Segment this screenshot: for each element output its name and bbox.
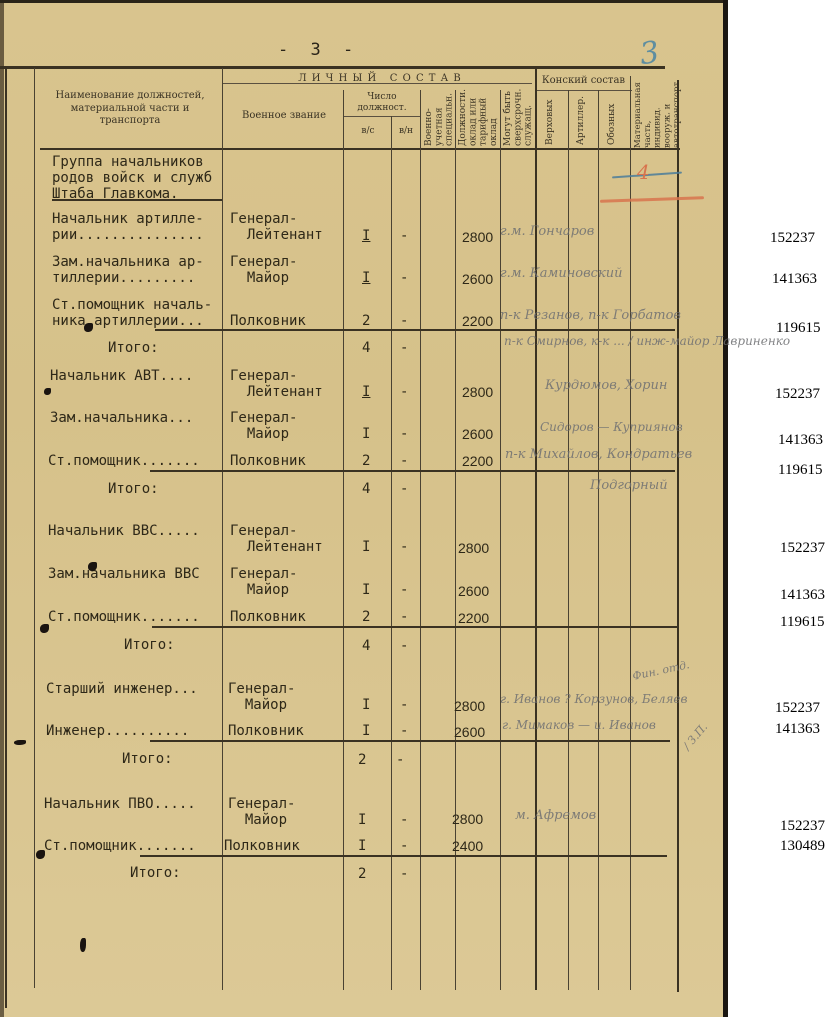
row-rank: Генерал- Майор <box>228 681 295 713</box>
col-line-0 <box>34 68 35 988</box>
row-vs: 2 <box>362 313 370 329</box>
header-riding: Верховых <box>545 95 565 145</box>
section-separator <box>150 470 675 472</box>
row-vs: 2 <box>362 453 370 469</box>
col-line-11 <box>677 80 679 992</box>
row-ref-number: 141363 <box>775 721 820 738</box>
header-extended: Могут быть сверхсрочн. служащ. <box>503 88 533 146</box>
ink-blot <box>84 323 93 332</box>
ink-blot <box>88 562 97 571</box>
row-handwritten-note: м. Афремов <box>515 808 596 823</box>
group-title-underline <box>52 199 222 201</box>
section-separator <box>152 626 677 628</box>
row-total-label: Итого: <box>122 751 173 767</box>
row-vn: - <box>400 812 408 828</box>
row-rank: Полковник <box>230 453 306 469</box>
header-vs: в/с <box>345 126 391 137</box>
row-rank: Генерал- Лейтенант <box>230 523 323 555</box>
row-rank: Полковник <box>224 838 300 854</box>
group-title: Группа начальников родов войск и служб Ш… <box>52 154 237 202</box>
row-rank: Генерал- Лейтенант <box>230 368 323 400</box>
row-salary: 2600 <box>458 583 489 599</box>
row-vs: I <box>358 838 366 854</box>
row-salary: 2800 <box>462 229 493 245</box>
row-vs: I <box>358 812 366 828</box>
col-line-7 <box>535 68 537 990</box>
row-ref-number: 119615 <box>778 462 822 479</box>
header-vus: Военно-учетная специальн. <box>424 90 454 146</box>
row-vn: - <box>400 453 408 469</box>
row-name: Ст.помощник....... <box>48 609 200 625</box>
row-total-label: Итого: <box>124 637 175 653</box>
row-rank: Генерал- Майор <box>230 254 297 286</box>
row-handwritten-note: п-к Смирнов, к-к ... / инж-майор Лаврине… <box>504 334 790 348</box>
row-vs: I <box>362 582 370 598</box>
row-vn: - <box>396 752 404 768</box>
row-vs: I <box>362 723 370 739</box>
ink-blot <box>40 624 49 633</box>
row-vn: - <box>400 866 408 882</box>
row-total-label: Итого: <box>108 481 159 497</box>
row-name: Ст.помощник....... <box>48 453 200 469</box>
row-salary: 2800 <box>462 384 493 400</box>
row-rank: Полковник <box>230 609 306 625</box>
row-vs: 4 <box>362 481 370 497</box>
row-vs: I <box>362 426 370 442</box>
header-horses-divider <box>535 90 632 91</box>
row-vn: - <box>400 609 408 625</box>
row-ref-number: 141363 <box>780 587 825 604</box>
header-materiel: Материальная часть, индивид. вооруж. и а… <box>634 80 676 148</box>
red-pencil-mark-4: 4 <box>637 160 650 184</box>
row-ref-number: 119615 <box>780 614 824 631</box>
row-vs: I <box>362 270 370 286</box>
header-rank: Военное звание <box>225 110 343 123</box>
header-bottom-border <box>40 148 680 150</box>
row-vn: - <box>400 723 408 739</box>
col-line-3 <box>391 116 392 990</box>
row-name: Начальник ВВС..... <box>48 523 200 539</box>
row-handwritten-note: г.м. Гончаров <box>500 224 594 239</box>
header-vn: в/н <box>392 126 420 137</box>
row-salary: 2800 <box>454 698 485 714</box>
ink-blot <box>44 388 51 395</box>
row-vn: - <box>400 838 408 854</box>
row-salary: 2600 <box>454 724 485 740</box>
row-vn: - <box>400 697 408 713</box>
row-rank: Генерал- Майор <box>228 796 295 828</box>
row-salary: 2800 <box>458 540 489 556</box>
row-name: Зам.начальника ВВС <box>48 566 200 582</box>
row-ref-number: 152237 <box>770 230 815 247</box>
row-vn: - <box>400 539 408 555</box>
row-rank: Генерал- Майор <box>230 410 297 442</box>
row-rank: Генерал- Майор <box>230 566 297 598</box>
section-separator <box>155 329 675 331</box>
section-separator <box>140 855 667 857</box>
row-rank: Генерал- Лейтенант <box>230 211 323 243</box>
header-horses-group: Конский состав <box>537 75 630 88</box>
row-vs: 2 <box>362 609 370 625</box>
margin-note-zp: / З.П. <box>680 721 710 753</box>
row-handwritten-note: г. Иванов ? Корзунов, Беляев <box>500 692 688 706</box>
header-count: Число должност. <box>345 92 419 115</box>
row-vs: 2 <box>358 866 366 882</box>
row-vn: - <box>400 638 408 654</box>
row-rank: Полковник <box>230 313 306 329</box>
header-salary: Должности. оклад или тарифный оклад <box>458 88 498 146</box>
ink-blot <box>36 850 45 859</box>
row-ref-number: 152237 <box>775 700 820 717</box>
row-vn: - <box>400 313 408 329</box>
row-handwritten-note: г. Мимаков — и. Иванов <box>502 718 656 732</box>
header-transport-horses: Обозных <box>607 95 627 145</box>
row-name: Начальник АВТ.... <box>50 368 193 384</box>
section-separator <box>150 740 670 742</box>
row-vs: I <box>362 697 370 713</box>
header-artillery: Артиллер. <box>576 95 596 145</box>
document-page: - 3 - 3 Наименование должностей, материа… <box>0 0 728 1017</box>
row-name: Старший инженер... <box>46 681 198 697</box>
row-vs: I <box>362 539 370 555</box>
row-ref-number: 152237 <box>780 540 825 557</box>
row-ref-number: 152237 <box>775 386 820 403</box>
table-top-border <box>0 66 665 69</box>
row-ref-number: 141363 <box>772 271 817 288</box>
header-count-divider <box>343 116 420 117</box>
row-name: Ст.помощник....... <box>44 838 196 854</box>
row-salary: 2600 <box>462 271 493 287</box>
row-handwritten-note: г.м. Каминовский <box>500 266 622 281</box>
page-number: - 3 - <box>278 40 359 60</box>
row-name: Зам.начальника ар- тиллерии......... <box>52 254 204 286</box>
row-salary: 2200 <box>462 453 493 469</box>
row-salary: 2200 <box>462 313 493 329</box>
red-pencil-line <box>600 196 704 203</box>
header-name: Наименование должностей, материальной ча… <box>40 90 220 128</box>
row-vs: 4 <box>362 340 370 356</box>
row-name: Инженер.......... <box>46 723 189 739</box>
row-handwritten-note: Сидоров — Куприянов <box>540 420 683 434</box>
ink-blot <box>14 740 26 745</box>
margin-note-finance: Фин. отд. <box>631 658 690 683</box>
row-name: Начальник ПВО..... <box>44 796 196 812</box>
col-line-10 <box>630 76 631 990</box>
row-salary: 2400 <box>452 838 483 854</box>
row-name: Ст.помощник началь- ника артиллерии... <box>52 297 212 329</box>
row-ref-number: 152237 <box>780 818 825 835</box>
row-salary: 2800 <box>452 811 483 827</box>
row-vn: - <box>400 481 408 497</box>
row-ref-number: 130489 <box>780 838 825 855</box>
row-handwritten-note: Курдюмов, Хорин <box>545 378 667 393</box>
row-vn: - <box>400 340 408 356</box>
row-vs: 4 <box>362 638 370 654</box>
row-vs: I <box>362 228 370 244</box>
left-margin-line <box>5 68 7 1008</box>
row-name: Зам.начальника... <box>50 410 193 426</box>
row-handwritten-note: п-к Резанов, п-к Горбатов <box>500 308 681 323</box>
row-salary: 2600 <box>462 426 493 442</box>
row-vs: 2 <box>358 752 366 768</box>
row-handwritten-note: п-к Михайлов, Кондратьев <box>505 447 692 462</box>
row-handwritten-note: Подгорный <box>590 478 668 493</box>
header-personnel-group: Л И Ч Н Ы Й С О С Т А В <box>230 73 530 86</box>
row-vn: - <box>400 270 408 286</box>
col-line-1 <box>222 68 223 990</box>
row-vn: - <box>400 228 408 244</box>
row-total-label: Итого: <box>108 340 159 356</box>
row-name: Начальник артилле- рии............... <box>52 211 204 243</box>
row-vn: - <box>400 384 408 400</box>
ink-blot <box>80 938 86 952</box>
row-total-label: Итого: <box>130 865 181 881</box>
row-rank: Полковник <box>228 723 304 739</box>
row-vs: I <box>362 384 370 400</box>
row-salary: 2200 <box>458 610 489 626</box>
row-vn: - <box>400 582 408 598</box>
row-ref-number: 141363 <box>778 432 823 449</box>
row-vn: - <box>400 426 408 442</box>
